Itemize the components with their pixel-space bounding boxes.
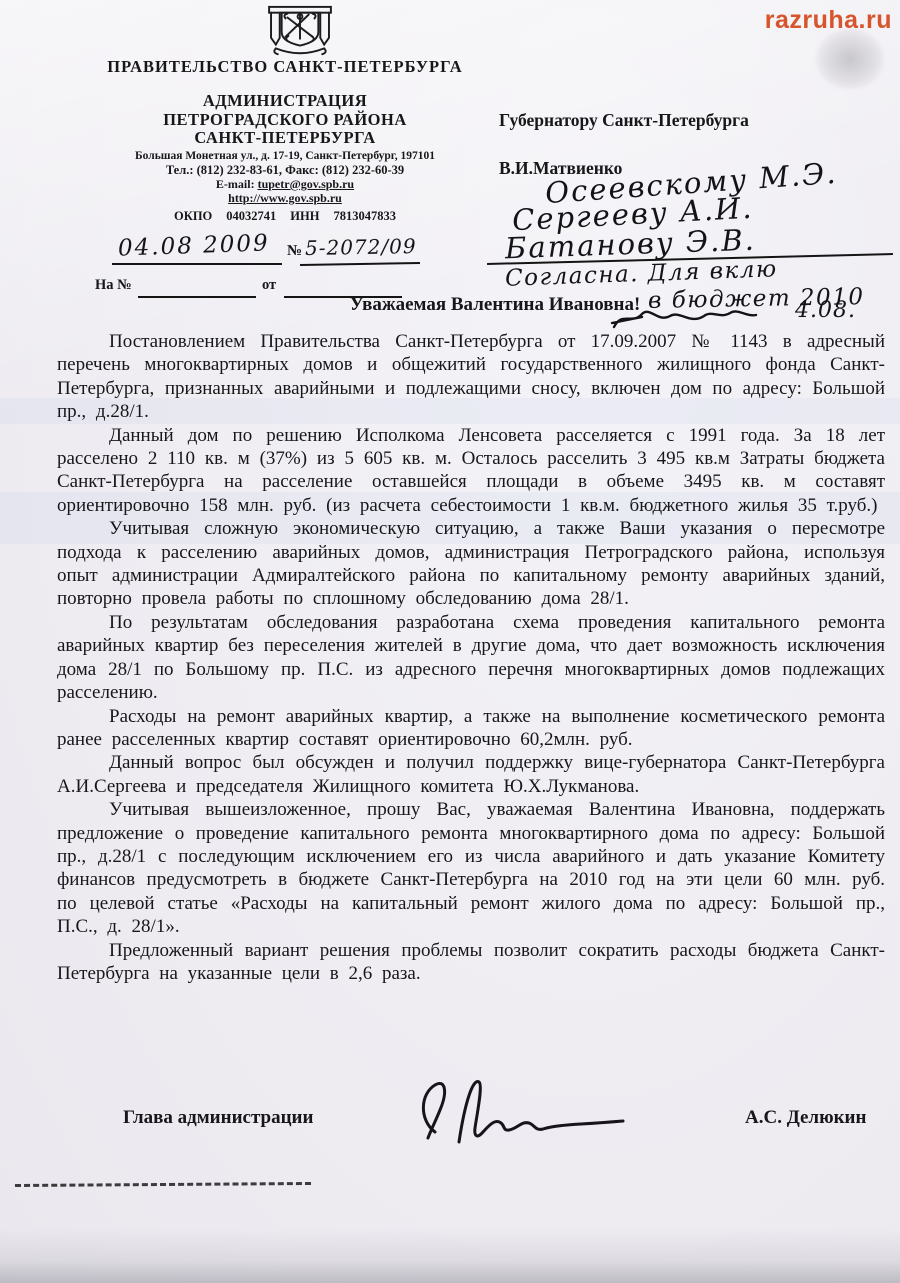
org-email: E-mail: tupetr@gov.spb.ru <box>60 177 510 192</box>
reply-no-underline <box>138 296 256 298</box>
signature-stroke <box>405 1068 650 1160</box>
spb-coat-of-arms-icon <box>248 4 352 60</box>
org-codes: ОКПО04032741ИНН7813047833 <box>60 209 510 224</box>
handwritten-resolution-date: 4.08. <box>795 298 856 323</box>
paragraph-6: Данный вопрос был обсужден и получил под… <box>57 751 885 798</box>
org-address: Большая Монетная ул., д. 17-19, Санкт-Пе… <box>60 150 510 162</box>
scan-bottom-shadow <box>0 1228 900 1283</box>
paragraph-7: Учитывая вышеизложенное, прошу Вас, уваж… <box>57 798 885 938</box>
org-line2: ПЕТРОГРАДСКОГО РАЙОНА <box>60 111 510 130</box>
org-website: http://www.gov.spb.ru <box>60 191 510 206</box>
org-line1: АДМИНИСТРАЦИЯ <box>60 92 510 111</box>
signer-name: А.С. Делюкин <box>745 1107 866 1129</box>
letter-body: Постановлением Правительства Санкт-Петер… <box>57 330 885 985</box>
salutation: Уважаемая Валентина Ивановна! <box>300 294 690 316</box>
inn-label: ИНН <box>290 209 319 223</box>
government-title: ПРАВИТЕЛЬСТВО САНКТ-ПЕТЕРБУРГА <box>60 57 510 77</box>
inn-value: 7813047833 <box>333 209 396 223</box>
watermark-razruha: razruha.ru <box>765 6 892 35</box>
okpo-label: ОКПО <box>174 209 212 223</box>
bottom-dashed-line <box>15 1182 311 1187</box>
handwritten-date: 04.08 2009 <box>118 230 271 261</box>
reply-no-label: На № <box>95 277 132 294</box>
email-label: E-mail: <box>216 177 258 191</box>
reply-from-label: от <box>262 277 276 294</box>
recipient-title: Губернатору Санкт-Петербурга <box>499 110 749 131</box>
paragraph-2: Данный дом по решению Исполкома Ленсовет… <box>57 424 885 518</box>
org-name-block: АДМИНИСТРАЦИЯ ПЕТРОГРАДСКОГО РАЙОНА САНК… <box>60 92 510 148</box>
paragraph-5: Расходы на ремонт аварийных квартир, а т… <box>57 705 885 752</box>
org-phone-fax: Тел.: (812) 232-83-61, Факс: (812) 232-6… <box>60 163 510 178</box>
handwritten-number: 5-2072/09 <box>305 234 417 260</box>
scan-smudge <box>815 28 885 90</box>
paragraph-3: Учитывая сложную экономическую ситуацию,… <box>57 517 885 611</box>
paragraph-8: Предложенный вариант решения проблемы по… <box>57 939 885 986</box>
okpo-value: 04032741 <box>226 209 276 223</box>
paragraph-4: По результатам обследования разработана … <box>57 611 885 705</box>
paragraph-1: Постановлением Правительства Санкт-Петер… <box>57 330 885 424</box>
number-label: № <box>287 243 302 260</box>
date-underline <box>112 263 282 265</box>
number-underline <box>300 262 420 266</box>
email-address: tupetr@gov.spb.ru <box>258 177 355 191</box>
signer-title: Глава администрации <box>123 1107 313 1129</box>
scanned-letter-page: razruha.ru ПРАВИТЕЛЬСТВО САНКТ-ПЕТЕРБУРГ… <box>0 0 900 1283</box>
org-line3: САНКТ-ПЕТЕРБУРГА <box>60 129 510 148</box>
